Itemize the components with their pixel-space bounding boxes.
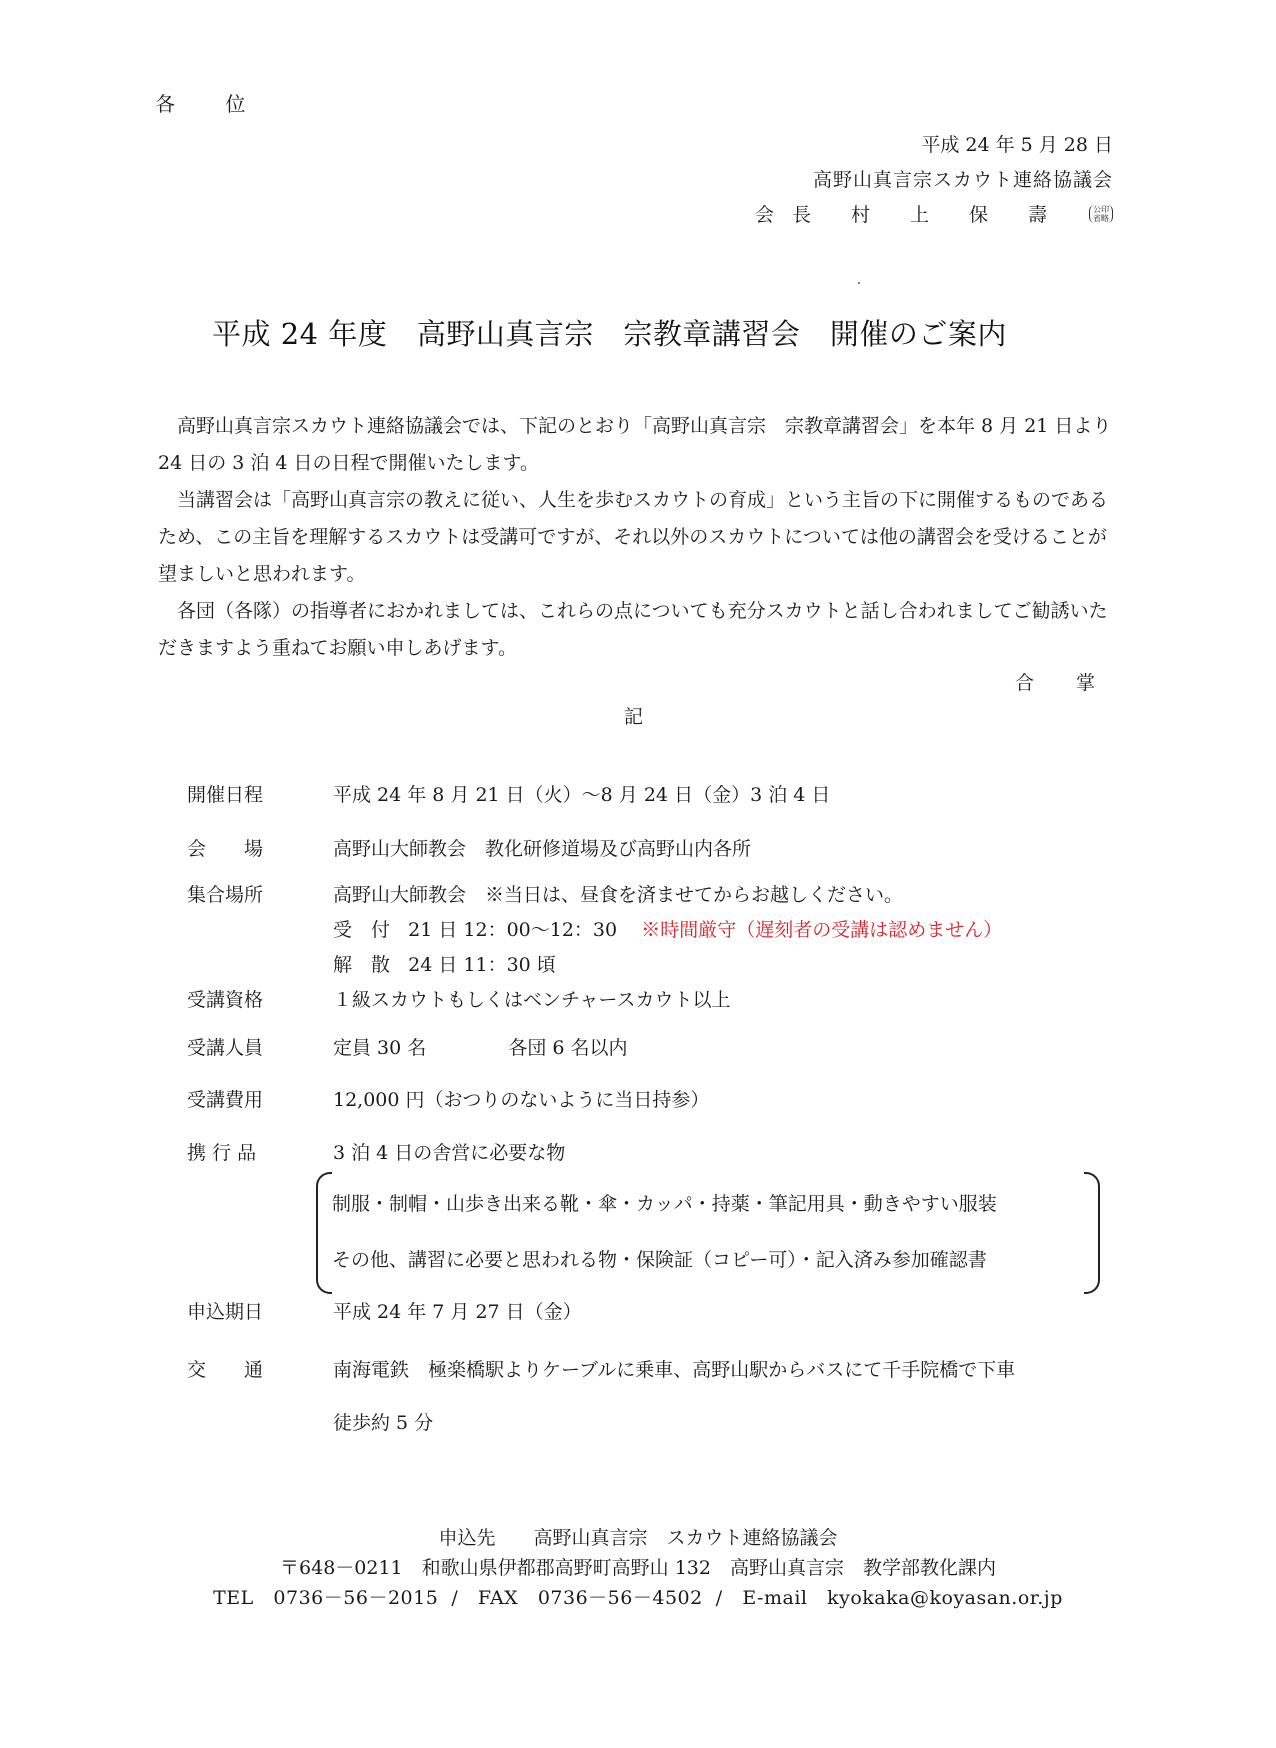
- dismissal-label: 解 散: [333, 954, 390, 976]
- recipient-salutation: 各 位: [155, 88, 267, 117]
- value-venue: 高野山大師教会 教化研修道場及び高野山内各所: [333, 834, 751, 861]
- body-paragraph-2: 当講習会は「高野山真言宗の教えに従い、人生を歩むスカウトの育成」という主旨の下に…: [158, 482, 1118, 593]
- value-deadline: 平成 24 年 7 月 27 日（金）: [333, 1297, 582, 1324]
- right-bracket: [1084, 1172, 1100, 1294]
- reception-warning: ※時間厳守（遅刻者の受講は認めません）: [641, 919, 1002, 941]
- items-list-bracket: 制服・制帽・山歩き出来る靴・傘・カッパ・持薬・筆記用具・動きやすい服装 その他、…: [316, 1172, 1100, 1292]
- body-text: 高野山真言宗スカウト連絡協議会では、下記のとおり「高野山真言宗 宗教章講習会」を…: [158, 408, 1118, 667]
- seal-note-line1: 公印: [1093, 205, 1109, 214]
- value-items: 3 泊 4 日の舎営に必要な物: [333, 1138, 565, 1165]
- value-transport-walk: 徒歩約 5 分: [333, 1408, 433, 1435]
- dismissal-time: 24 日 11：30 頃: [408, 954, 556, 976]
- tel-label: TEL: [213, 1587, 254, 1609]
- label-venue: 会 場: [187, 834, 307, 861]
- seal-omitted-note: 公印 省略: [1089, 205, 1113, 223]
- value-fee: 12,000 円（おつりのないように当日持参）: [333, 1085, 709, 1112]
- label-capacity: 受講人員: [187, 1033, 307, 1060]
- label-eligibility: 受講資格: [187, 985, 307, 1012]
- reception-time: 21 日 12：00～12：30: [408, 919, 617, 941]
- ki-heading: 記: [624, 702, 643, 729]
- value-schedule: 平成 24 年 8 月 21 日（火）～8 月 24 日（金）3 泊 4 日: [333, 780, 830, 807]
- label-deadline: 申込期日: [187, 1297, 307, 1324]
- document-title: 平成 24 年度 高野山真言宗 宗教章講習会 開催のご案内: [212, 312, 1007, 353]
- capacity-per-group: 各団 6 名以内: [508, 1037, 627, 1059]
- items-list-line-2: その他、講習に必要と思われる物・保険証（コピー可）・記入済み参加確認書: [332, 1245, 987, 1272]
- left-bracket: [316, 1172, 332, 1294]
- label-items: 携 行 品: [187, 1138, 307, 1165]
- tel-number: 0736－56－2015: [273, 1587, 438, 1609]
- issue-date: 平成 24 年 5 月 28 日: [921, 130, 1113, 157]
- footer-address: 〒648－0211 和歌山県伊都郡高野町高野山 132 高野山真言宗 教学部教化…: [0, 1553, 1276, 1580]
- reception-row: 受 付 21 日 12：00～12：30 ※時間厳守（遅刻者の受講は認めません）: [333, 915, 1002, 942]
- label-fee: 受講費用: [187, 1085, 307, 1112]
- capacity-total: 定員 30 名: [333, 1037, 426, 1059]
- signatory-name: 村上保壽: [851, 200, 1087, 227]
- fax-number: 0736－56－4502: [538, 1587, 703, 1609]
- label-meeting-place: 集合場所: [187, 880, 307, 907]
- dismissal-row: 解 散 24 日 11：30 頃: [333, 950, 556, 977]
- items-list-line-1: 制服・制帽・山歩き出来る靴・傘・カッパ・持薬・筆記用具・動きやすい服装: [332, 1189, 997, 1216]
- email-address[interactable]: kyokaka@koyasan.or.jp: [827, 1587, 1063, 1609]
- value-eligibility: １級スカウトもしくはベンチャースカウト以上: [333, 985, 730, 1012]
- value-meeting-place: 高野山大師教会 ※当日は、昼食を済ませてからお越しください。: [333, 880, 903, 907]
- label-schedule: 開催日程: [187, 780, 307, 807]
- signature-line: 会長 村上保壽 公印 省略: [755, 200, 1113, 227]
- reception-label: 受 付: [333, 919, 390, 941]
- value-capacity: 定員 30 名 各団 6 名以内: [333, 1033, 628, 1060]
- label-transport: 交 通: [187, 1355, 307, 1382]
- closing-gassho: 合 掌: [1015, 668, 1113, 695]
- issuing-organization: 高野山真言宗スカウト連絡協議会: [813, 165, 1113, 192]
- footer-applicant: 申込先 高野山真言宗 スカウト連絡協議会: [0, 1523, 1276, 1550]
- seal-note-line2: 省略: [1093, 214, 1109, 223]
- signatory-role: 会長: [755, 200, 829, 227]
- footer-contact: TEL 0736－56－2015 / FAX 0736－56－4502 / E-…: [0, 1583, 1276, 1610]
- body-paragraph-1: 高野山真言宗スカウト連絡協議会では、下記のとおり「高野山真言宗 宗教章講習会」を…: [158, 408, 1118, 482]
- value-transport: 南海電鉄 極楽橋駅よりケーブルに乗車、高野山駅からバスにて千手院橋で下車: [333, 1355, 1015, 1382]
- scan-speck: [858, 282, 860, 284]
- fax-label: FAX: [478, 1587, 518, 1609]
- email-label: E-mail: [742, 1587, 807, 1609]
- body-paragraph-3: 各団（各隊）の指導者におかれましては、これらの点についても充分スカウトと話し合わ…: [158, 593, 1118, 667]
